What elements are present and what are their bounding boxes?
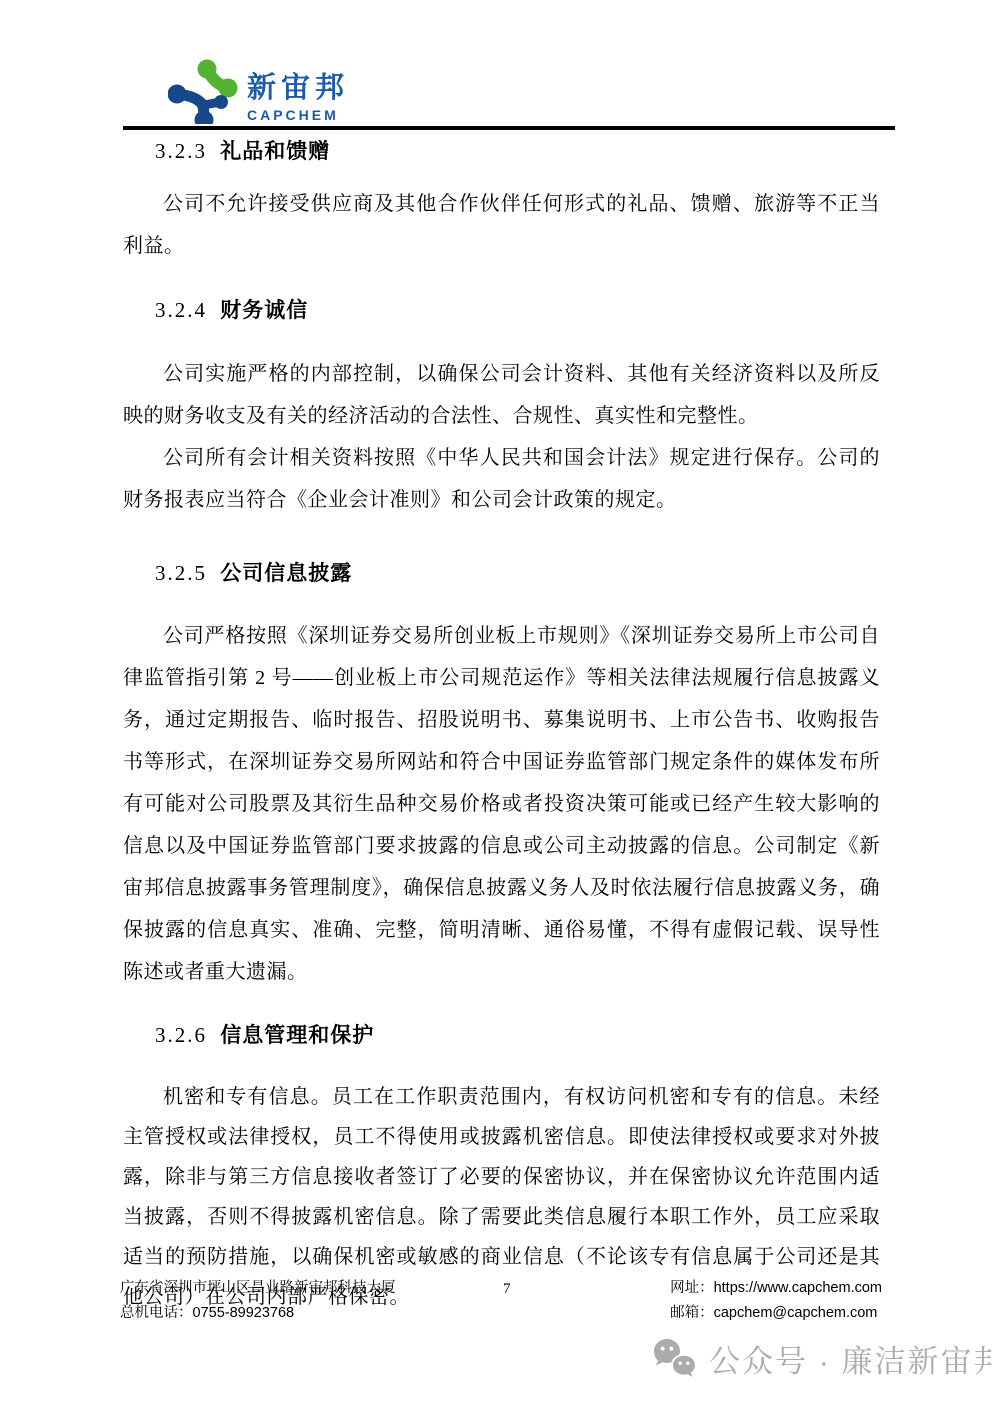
section-body-325: 公司严格按照《深圳证券交易所创业板上市规则》《深圳证券交易所上市公司自律监管指引…	[123, 615, 880, 993]
wechat-watermark: 公众号 · 廉洁新宙邦	[652, 1336, 992, 1381]
section-number: 3.2.4	[155, 298, 207, 322]
footer-phone: 总机电话：0755-89923768	[120, 1301, 396, 1326]
section-heading-325: 3.2.5 公司信息披露	[155, 559, 352, 587]
section-title: 信息管理和保护	[220, 1023, 374, 1047]
section-body-323: 公司不允许接受供应商及其他合作伙伴任何形式的礼品、馈赠、旅游等不正当利益。	[123, 183, 880, 267]
wechat-icon	[652, 1337, 699, 1380]
section-number: 3.2.5	[155, 561, 207, 585]
section-number: 3.2.6	[155, 1023, 207, 1047]
logo-name-cn: 新宙邦	[247, 74, 349, 103]
watermark-text: 公众号 · 廉洁新宙邦	[709, 1336, 992, 1381]
section-body-324: 公司实施严格的内部控制，以确保公司会计资料、其他有关经济资料以及所反映的财务收支…	[123, 353, 880, 521]
footer-contact-left: 广东省深圳市坪山区昌业路新宙邦科技大厦 总机电话：0755-89923768	[120, 1276, 396, 1326]
section-heading-324: 3.2.4 财务诚信	[155, 296, 308, 324]
paragraph: 公司实施严格的内部控制，以确保公司会计资料、其他有关经济资料以及所反映的财务收支…	[123, 353, 880, 437]
header-rule	[123, 126, 895, 130]
paragraph: 公司严格按照《深圳证券交易所创业板上市规则》《深圳证券交易所上市公司自律监管指引…	[123, 615, 880, 993]
section-title: 公司信息披露	[220, 561, 352, 585]
section-title: 礼品和馈赠	[220, 139, 330, 163]
section-title: 财务诚信	[220, 298, 308, 322]
footer-website: 网址：https://www.capchem.com	[670, 1276, 882, 1301]
footer-email: 邮箱：capchem@capchem.com	[670, 1301, 882, 1326]
section-heading-326: 3.2.6 信息管理和保护	[155, 1021, 374, 1049]
logo-name-en: CAPCHEM	[247, 108, 349, 122]
paragraph: 公司不允许接受供应商及其他合作伙伴任何形式的礼品、馈赠、旅游等不正当利益。	[123, 183, 880, 267]
page-number: 7	[503, 1277, 511, 1302]
paragraph: 公司所有会计相关资料按照《中华人民共和国会计法》规定进行保存。公司的财务报表应当…	[123, 437, 880, 521]
section-heading-323: 3.2.3 礼品和馈赠	[155, 137, 330, 165]
footer-address: 广东省深圳市坪山区昌业路新宙邦科技大厦	[120, 1276, 396, 1301]
footer-contact-right: 网址：https://www.capchem.com 邮箱：capchem@ca…	[670, 1276, 882, 1326]
capchem-logo-icon	[168, 58, 238, 124]
document-page: 新宙邦 CAPCHEM 3.2.3 礼品和馈赠 公司不允许接受供应商及其他合作伙…	[0, 0, 992, 1403]
section-number: 3.2.3	[155, 139, 207, 163]
logo-text: 新宙邦 CAPCHEM	[247, 74, 349, 122]
capchem-logo: 新宙邦 CAPCHEM	[168, 58, 349, 124]
